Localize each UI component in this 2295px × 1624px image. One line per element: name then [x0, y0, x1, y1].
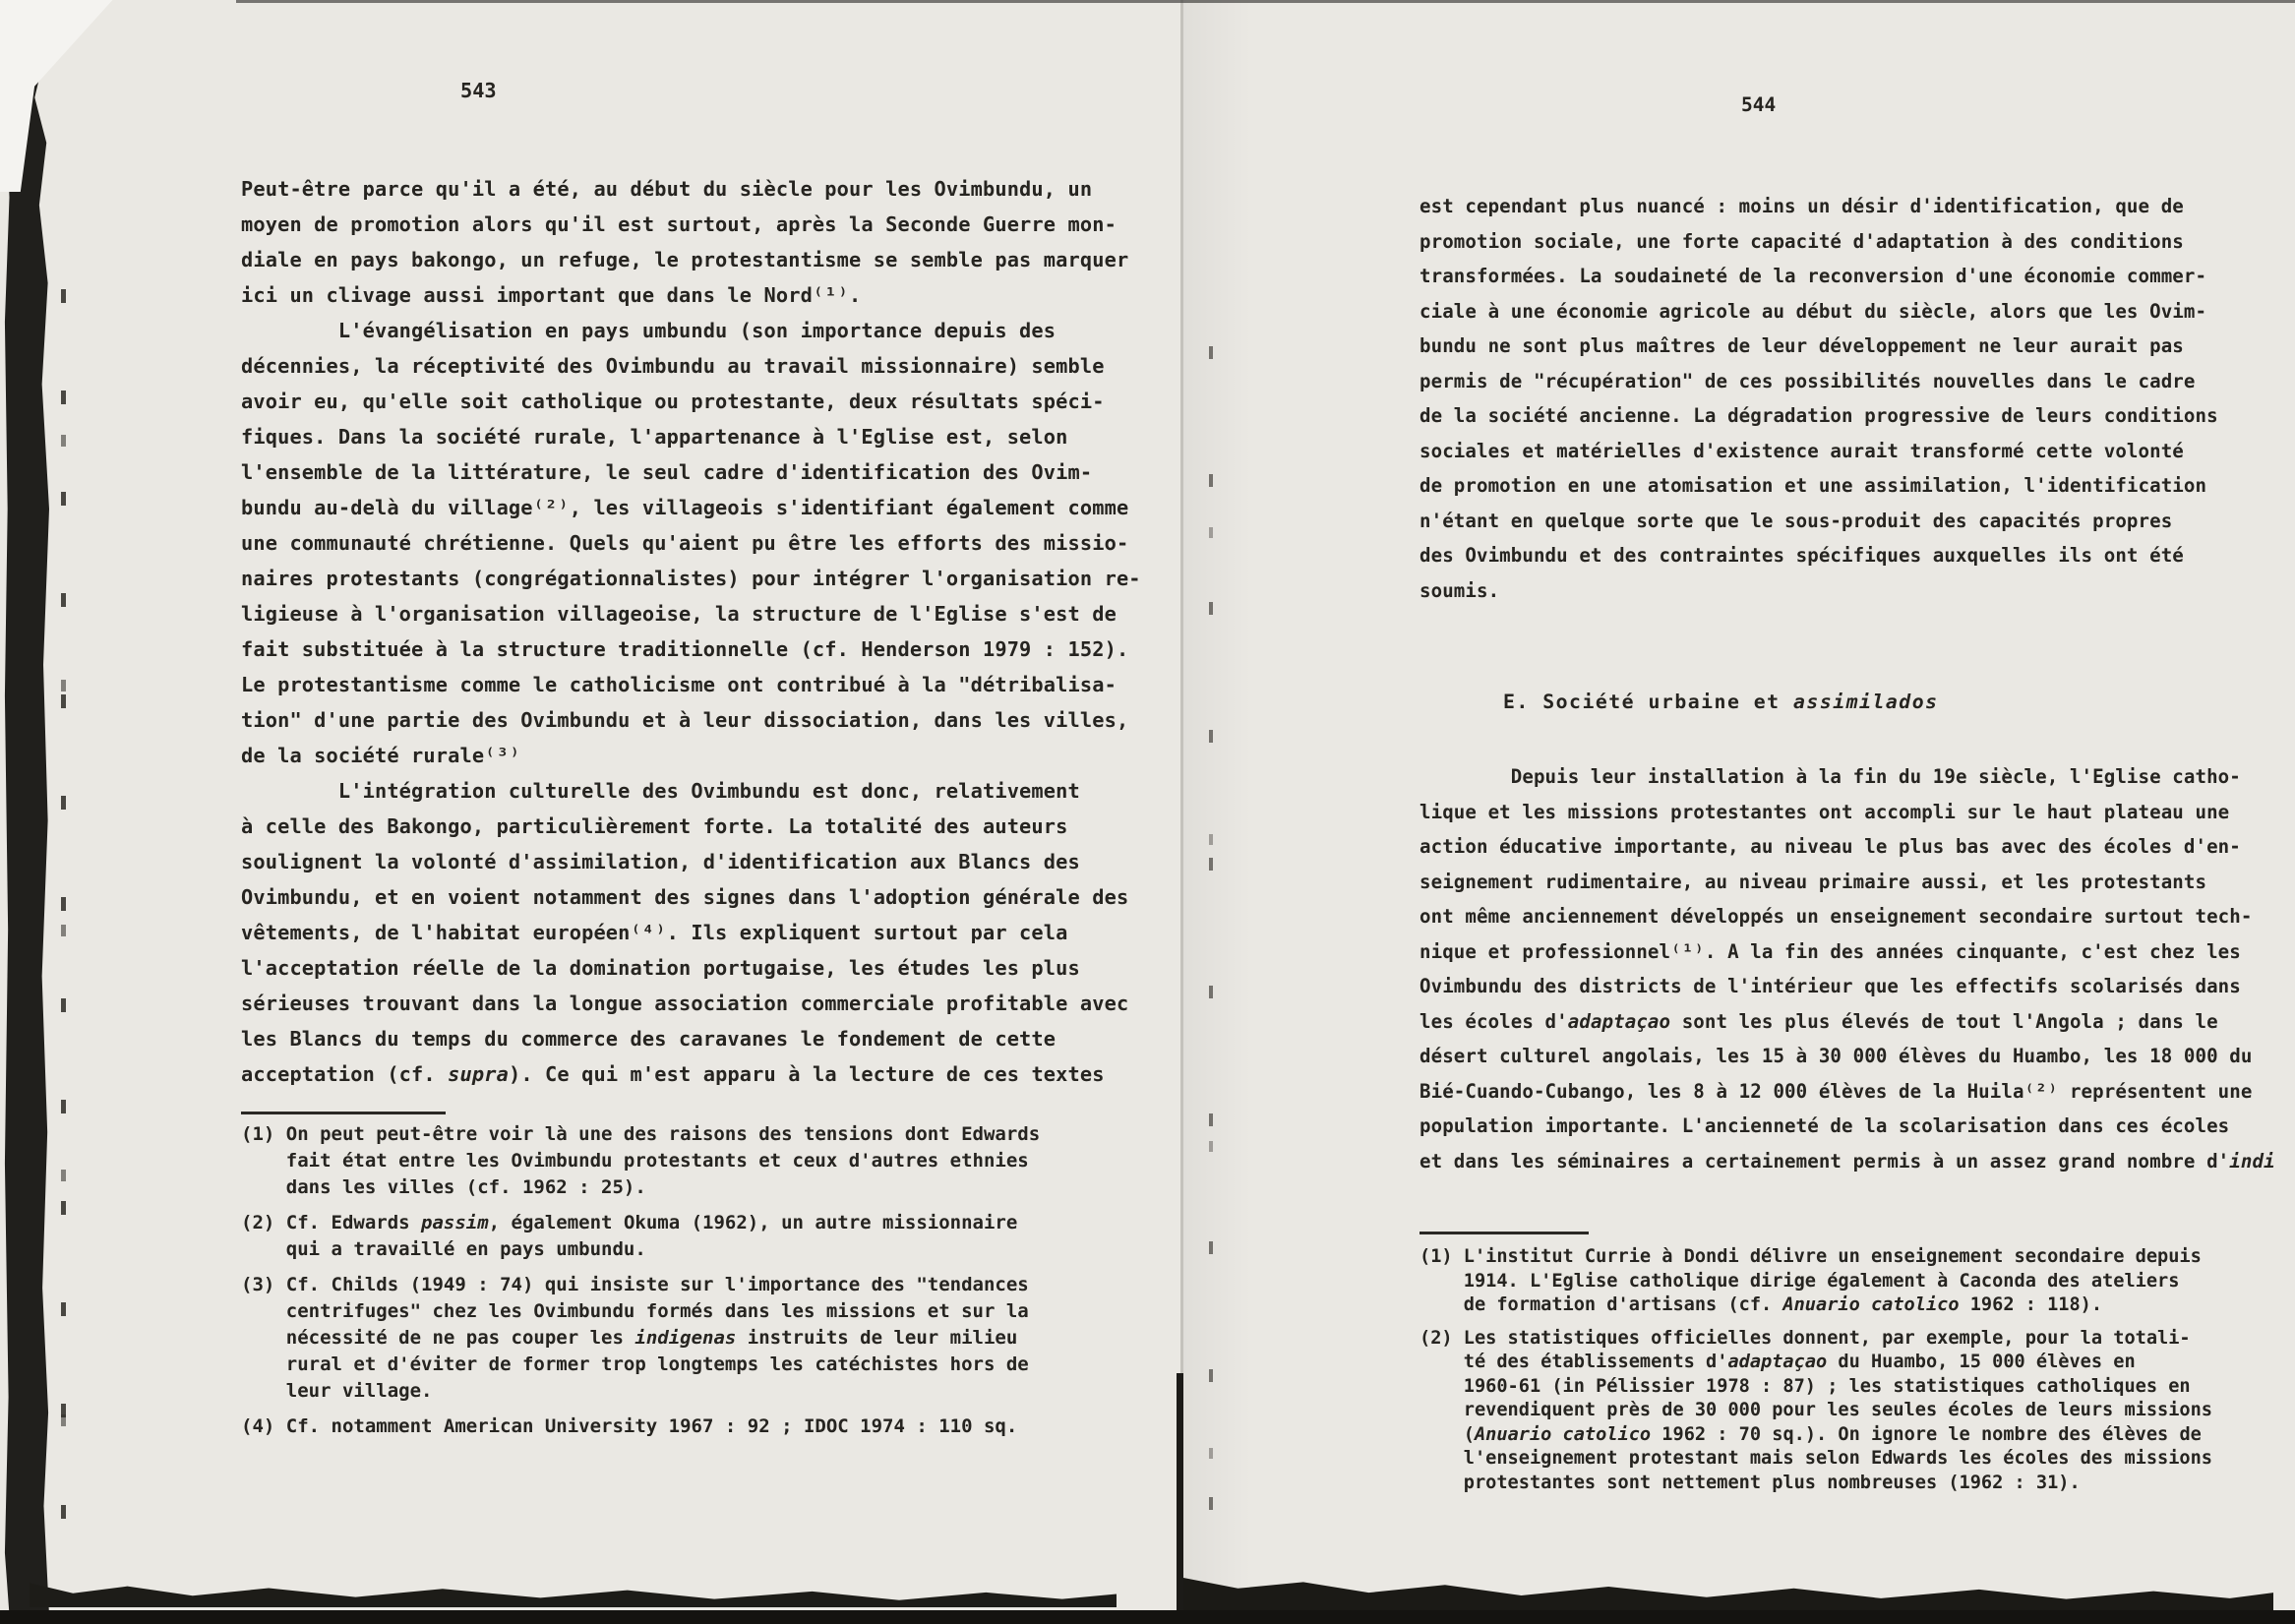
bottom-edge-strip-right: [1183, 1578, 2273, 1613]
footnote-left-4: (4) Cf. notamment American University 19…: [241, 1413, 1040, 1440]
page-number-left: 543: [460, 79, 497, 102]
footnote-right-1: (1) L'institut Currie à Dondi délivre un…: [1419, 1245, 2212, 1318]
footnote-rule-left: [241, 1112, 446, 1114]
torn-paper-corner: [0, 0, 128, 192]
right-page-body-text-1: est cependant plus nuancé : moins un dés…: [1419, 189, 2218, 608]
binding-edge-strip: [4, 57, 49, 1615]
bottom-edge-strip-left: [30, 1582, 1117, 1607]
stitch-marks-right: [1209, 231, 1213, 1539]
stitch-marks-left: [61, 202, 66, 1520]
page-number-right: 544: [1741, 93, 1776, 116]
footnote-rule-right: [1419, 1232, 1589, 1234]
top-edge-line: [236, 0, 2295, 3]
footnote-left-3: (3) Cf. Childs (1949 : 74) qui insiste s…: [241, 1272, 1040, 1405]
left-page-body-text: Peut-être parce qu'il a été, au début du…: [241, 171, 1141, 1092]
book-scan: 543 Peut-être parce qu'il a été, au débu…: [0, 0, 2295, 1624]
gutter-dark-line: [1177, 1373, 1183, 1617]
right-page-footnotes: (1) L'institut Currie à Dondi délivre un…: [1419, 1245, 2212, 1504]
section-heading: E. Société urbaine et assimilados: [1503, 691, 1939, 713]
footnote-left-1: (1) On peut peut-être voir là une des ra…: [241, 1121, 1040, 1201]
page-gutter-tint: [1183, 0, 1252, 1624]
footnote-left-2: (2) Cf. Edwards passim, également Okuma …: [241, 1210, 1040, 1263]
footnote-right-2: (2) Les statistiques officielles donnent…: [1419, 1327, 2212, 1496]
left-page-footnotes: (1) On peut peut-être voir là une des ra…: [241, 1121, 1040, 1449]
right-page-body-text-2: Depuis leur installation à la fin du 19e…: [1419, 759, 2275, 1178]
bottom-scan-strip: [0, 1610, 2295, 1624]
